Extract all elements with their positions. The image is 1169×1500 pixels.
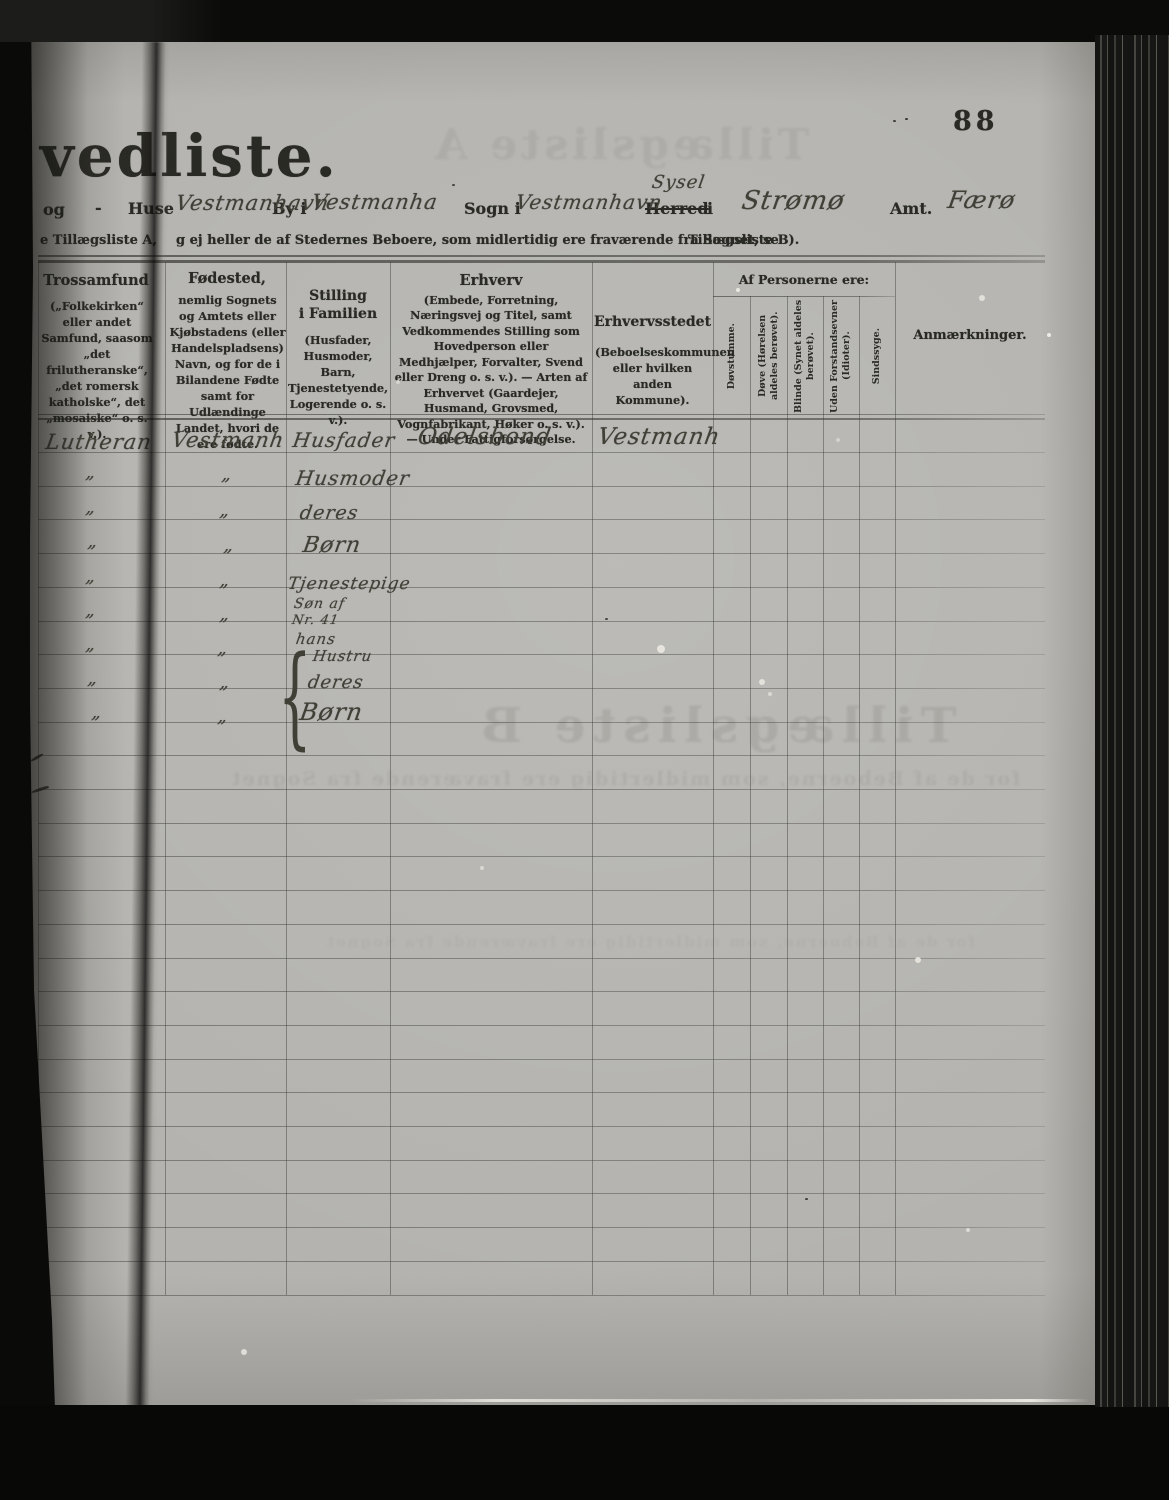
label-sogn-i: Sogn i — [464, 199, 521, 218]
table-rule-horizontal — [38, 688, 1045, 689]
table-rule-horizontal — [38, 755, 1045, 756]
subcolumn-dove: Døve (Hørelsen aldeles berøvet). — [751, 298, 786, 414]
table-rule-horizontal — [38, 1059, 1045, 1060]
table-rule-vertical — [713, 262, 714, 1295]
entry-stilling: Husfader — [291, 428, 397, 452]
ghost-text-subline: for de af Beboerne, som midlertidig ere … — [205, 768, 1045, 790]
table-rule-horizontal — [38, 1227, 1045, 1228]
handwritten-herred-name: Vestmanhavn — [514, 190, 664, 214]
entry-stilling-line2: Hustru — [312, 647, 374, 665]
table-rule-horizontal — [38, 260, 1045, 263]
table-rule-horizontal — [38, 890, 1045, 891]
table-rule-vertical — [859, 296, 860, 1295]
table-rule-horizontal — [38, 587, 1045, 588]
table-rule-vertical — [286, 262, 287, 1295]
column-header-erhverv: Erhverv — [390, 272, 592, 289]
subcolumn-label: Døvstumme. — [726, 323, 738, 389]
subcolumn-uden-forstandsevner: Uden Forstandsevner (Idioter). — [824, 298, 858, 414]
entry-erhvervssted: Vestmanh — [596, 424, 722, 450]
table-rule-vertical — [592, 262, 593, 1295]
entry-stilling: Husmoder — [294, 466, 412, 490]
page-number: 88 — [953, 106, 999, 137]
handwritten-amt: Færø — [946, 186, 1018, 214]
handwritten-district: Strømø — [740, 186, 847, 216]
column-header-anmaerkninger: Anmærkninger. — [895, 328, 1045, 343]
subcolumn-blinde: Blinde (Synet aldeles berøvet). — [788, 298, 822, 414]
table-rule-horizontal — [38, 1092, 1045, 1093]
ghost-text-tillaegsliste-a: Tillægsliste A — [430, 120, 810, 169]
table-rule-horizontal — [38, 1025, 1045, 1026]
subcolumn-sindssyge: Sindssyge. — [860, 298, 894, 414]
handwritten-brace: { — [278, 632, 312, 761]
table-rule-horizontal — [38, 991, 1045, 992]
table-rule-horizontal — [38, 722, 1045, 723]
note-bold-end: Tillægsliste B). — [688, 233, 799, 248]
column-header-stilling-1: Stilling — [286, 288, 390, 304]
table-rule-vertical — [823, 296, 824, 1295]
subcolumn-label: Døve (Hørelsen aldeles berøvet). — [757, 298, 781, 414]
table-rule-horizontal — [38, 621, 1045, 622]
entry-stilling: Børn — [301, 533, 363, 558]
column-desc-stilling: (Husfader, Husmoder, Barn, Tjenestetyend… — [288, 332, 388, 428]
handwritten-sysel: Sysel — [650, 172, 706, 193]
handwritten-by-name: Vestmanhavn — [174, 191, 331, 215]
table-rule-horizontal — [38, 519, 1045, 520]
column-header-fodested: Fødested, — [168, 270, 286, 287]
table-rule-horizontal — [38, 1295, 1045, 1296]
table-rule-horizontal — [38, 1193, 1045, 1194]
entry-stilling: deres — [306, 672, 365, 693]
book-page-edges — [1095, 35, 1169, 1407]
paper-specks — [736, 288, 740, 292]
table-rule-horizontal — [38, 255, 1045, 257]
entry-stilling: Tjenestepige — [286, 574, 412, 594]
table-rule-horizontal — [38, 654, 1045, 655]
table-rule-horizontal — [713, 296, 895, 297]
table-rule-vertical — [895, 262, 896, 1295]
subcolumn-label: Sindssyge. — [871, 328, 883, 384]
table-rule-horizontal — [38, 823, 1045, 824]
page-edge-highlight — [350, 1399, 1090, 1402]
handwritten-sogn-name: Vestmanha — [310, 190, 440, 214]
table-rule-vertical — [750, 296, 751, 1295]
ghost-text-tillaegsliste-b: Tillægsliste B — [390, 698, 1040, 754]
group-header-af-personerne: Af Personerne ere: — [713, 272, 895, 287]
table-rule-vertical — [390, 262, 391, 1295]
table-rule-horizontal — [38, 958, 1045, 959]
table-rule-horizontal — [38, 924, 1045, 925]
entry-stilling-line2: Nr. 41 — [291, 613, 340, 628]
table-rule-horizontal — [38, 789, 1045, 790]
subcolumn-label: Blinde (Synet aldeles berøvet). — [793, 298, 817, 414]
label-i: i — [707, 199, 713, 218]
column-header-stilling-2: i Familien — [286, 306, 390, 322]
subcolumn-dovstumme: Døvstumme. — [714, 298, 749, 414]
table-rule-horizontal — [38, 1126, 1045, 1127]
scan-border-top — [0, 0, 1169, 42]
column-desc-erhvervssted: (Beboelseskommunen eller hvilken anden K… — [595, 344, 710, 408]
ghost-text-faint: for de af Beboerne, som midlertidig ere … — [250, 933, 1050, 951]
table-rule-horizontal — [38, 486, 1045, 487]
entry-erhverv: Odelsbond — [416, 424, 554, 450]
table-rule-horizontal — [38, 553, 1045, 554]
label-amt: Amt. — [890, 199, 932, 218]
table-rule-horizontal — [38, 1261, 1045, 1262]
table-rule-horizontal — [38, 856, 1045, 857]
paper-specks — [905, 118, 908, 120]
entry-stilling: Søn af — [293, 596, 347, 612]
column-header-erhvervssted: Erhvervsstedet — [592, 314, 713, 330]
subcolumn-label: Uden Forstandsevner (Idioter). — [829, 298, 853, 414]
table-rule-vertical — [787, 296, 788, 1295]
entry-fodested: Vestmanh — [170, 428, 286, 452]
entry-stilling: deres — [298, 502, 360, 524]
table-rule-horizontal — [38, 1160, 1045, 1161]
scan-border-bottom — [0, 1405, 1169, 1500]
scanned-census-page: Tillægsliste A Tillægsliste B for de af … — [0, 0, 1169, 1500]
